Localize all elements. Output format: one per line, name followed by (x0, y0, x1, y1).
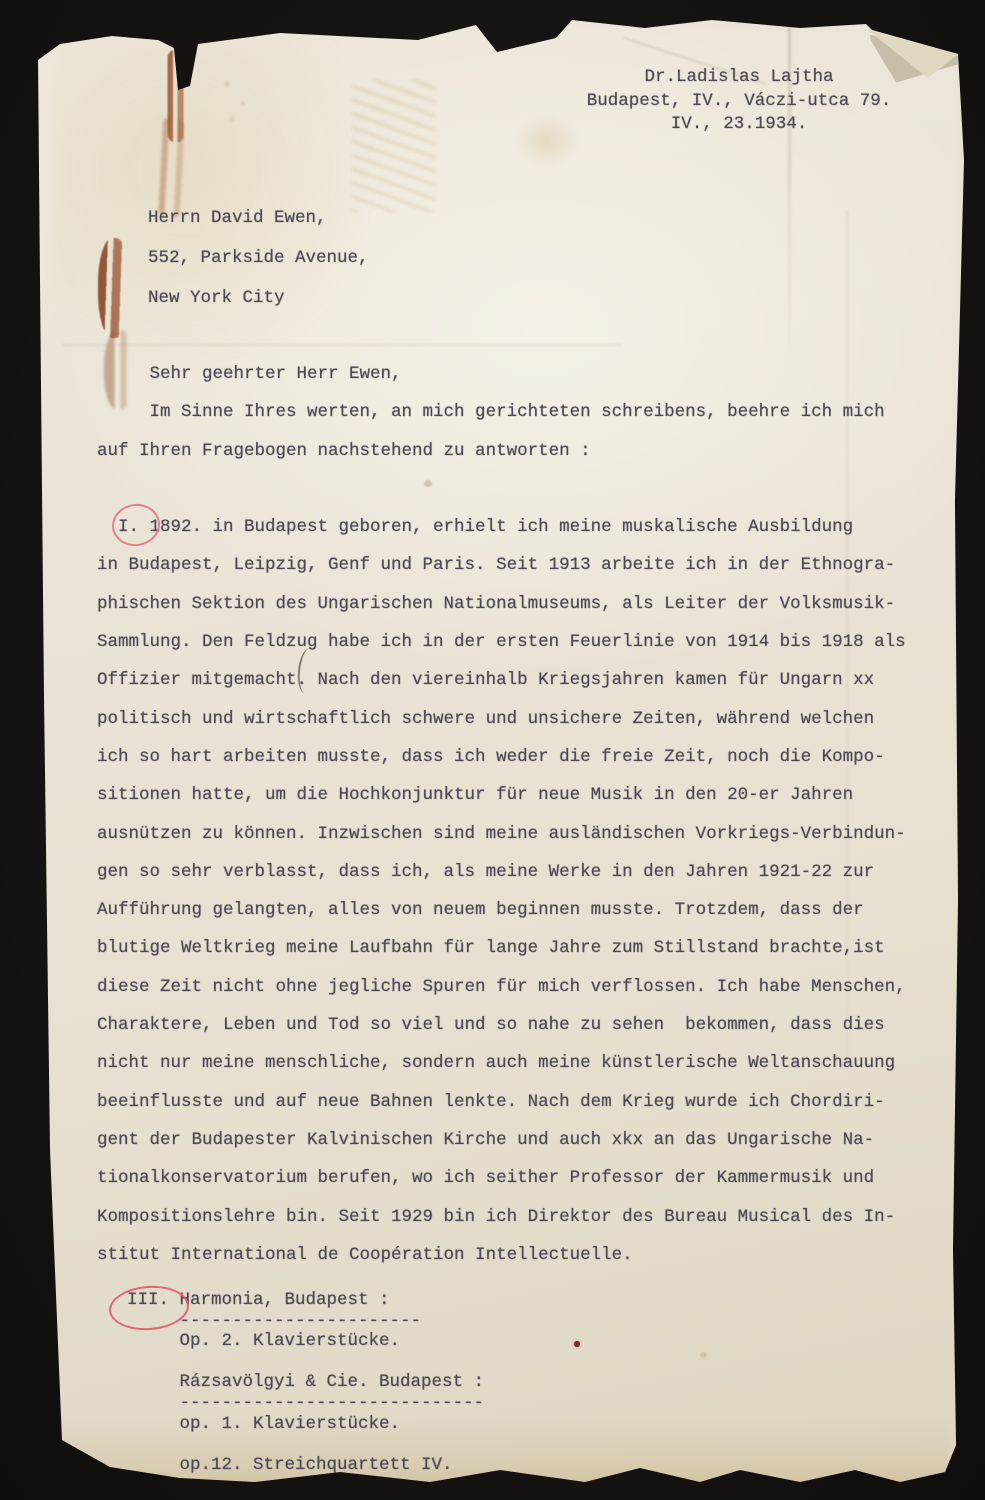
publishers-works-list: III. Harmonia, Budapest : --------------… (127, 1290, 484, 1475)
letter-line: ich so hart arbeiten musste, dass ich we… (97, 738, 906, 776)
recipient-address-block: Herrn David Ewen,552, Parkside Avenue,Ne… (148, 198, 369, 318)
letter-line: op. 1. Klavierstücke. (127, 1414, 484, 1435)
sender-address-block: Dr.Ladislas LajthaBudapest, IV., Váczi-u… (563, 66, 915, 137)
letter-line: Dr.Ladislas Lajtha (563, 66, 915, 90)
letter-line: ausnützen zu können. Inzwischen sind mei… (97, 815, 906, 853)
rust-drip-stain (98, 238, 130, 338)
red-ink-dot (574, 1341, 580, 1347)
letter-line: auf Ihren Fragebogen nachstehend zu antw… (97, 432, 906, 470)
photo-background: Dr.Ladislas LajthaBudapest, IV., Váczi-u… (0, 0, 985, 1500)
letter-line: Budapest, IV., Váczi-utca 79. (563, 90, 915, 114)
letter-line: Sehr geehrter Herr Ewen, (97, 355, 906, 393)
tan-streak-stain (352, 80, 436, 212)
letter-line: blutige Weltkrieg meine Laufbahn für lan… (97, 929, 906, 967)
letter-line (97, 470, 906, 508)
letter-line: 552, Parkside Avenue, (148, 238, 369, 278)
rust-stain-dots (214, 68, 258, 132)
letter-line: phischen Sektion des Ungarischen Nationa… (97, 585, 906, 623)
letter-line: in Budapest, Leipzig, Genf und Paris. Se… (97, 546, 906, 584)
letter-line: stitut International de Coopération Inte… (97, 1236, 906, 1274)
letter-line: ----------------------------- (127, 1393, 484, 1414)
letter-line (127, 1352, 484, 1373)
letter-body: Sehr geehrter Herr Ewen, Im Sinne Ihres … (97, 355, 906, 1274)
letter-line: Herrn David Ewen, (148, 198, 369, 238)
letter-line: diese Zeit nicht ohne jegliche Spuren fü… (97, 968, 906, 1006)
letter-line: Sammlung. Den Feldzug habe ich in der er… (97, 623, 906, 661)
letter-line: Rázsavölgyi & Cie. Budapest : (127, 1372, 484, 1393)
letter-line: IV., 23.1934. (563, 113, 915, 137)
letter-line: Kompositionslehre bin. Seit 1929 bin ich… (97, 1198, 906, 1236)
brown-dot (700, 1352, 707, 1358)
letter-line (127, 1434, 484, 1455)
letter-line: Charaktere, Leben und Tod so viel und so… (97, 1006, 906, 1044)
letter-line: Aufführung gelangten, alles von neuem be… (97, 891, 906, 929)
letter-line: Offizier mitgemacht. Nach den viereinhal… (97, 661, 906, 699)
letter-line: ----------------------- (127, 1311, 484, 1332)
letter-line: I. 1892. in Budapest geboren, erhielt ic… (97, 508, 906, 546)
letter-line: op.12. Streichquartett IV. (127, 1455, 484, 1476)
letter-line: Im Sinne Ihres werten, an mich gerichtet… (97, 393, 906, 431)
letter-line: sitionen hatte, um die Hochkonjunktur fü… (97, 776, 906, 814)
letter-line: Op. 2. Klavierstücke. (127, 1331, 484, 1352)
letter-line: nicht nur meine menschliche, sondern auc… (97, 1044, 906, 1082)
letter-line: tionalkonservatorium berufen, wo ich sei… (97, 1159, 906, 1197)
letter-line: III. Harmonia, Budapest : (127, 1290, 484, 1311)
letter-line: gent der Budapester Kalvinischen Kirche … (97, 1121, 906, 1159)
letter-line: gen so sehr verblasst, dass ich, als mei… (97, 853, 906, 891)
letter-line: beeinflusste und auf neue Bahnen lenkte.… (97, 1083, 906, 1121)
rust-stain (163, 50, 189, 142)
letter-line: politisch und wirtschaftlich schwere und… (97, 700, 906, 738)
letter-line: New York City (148, 278, 369, 318)
paper-crease (62, 344, 622, 346)
letter-page: Dr.Ladislas LajthaBudapest, IV., Váczi-u… (0, 0, 985, 1500)
